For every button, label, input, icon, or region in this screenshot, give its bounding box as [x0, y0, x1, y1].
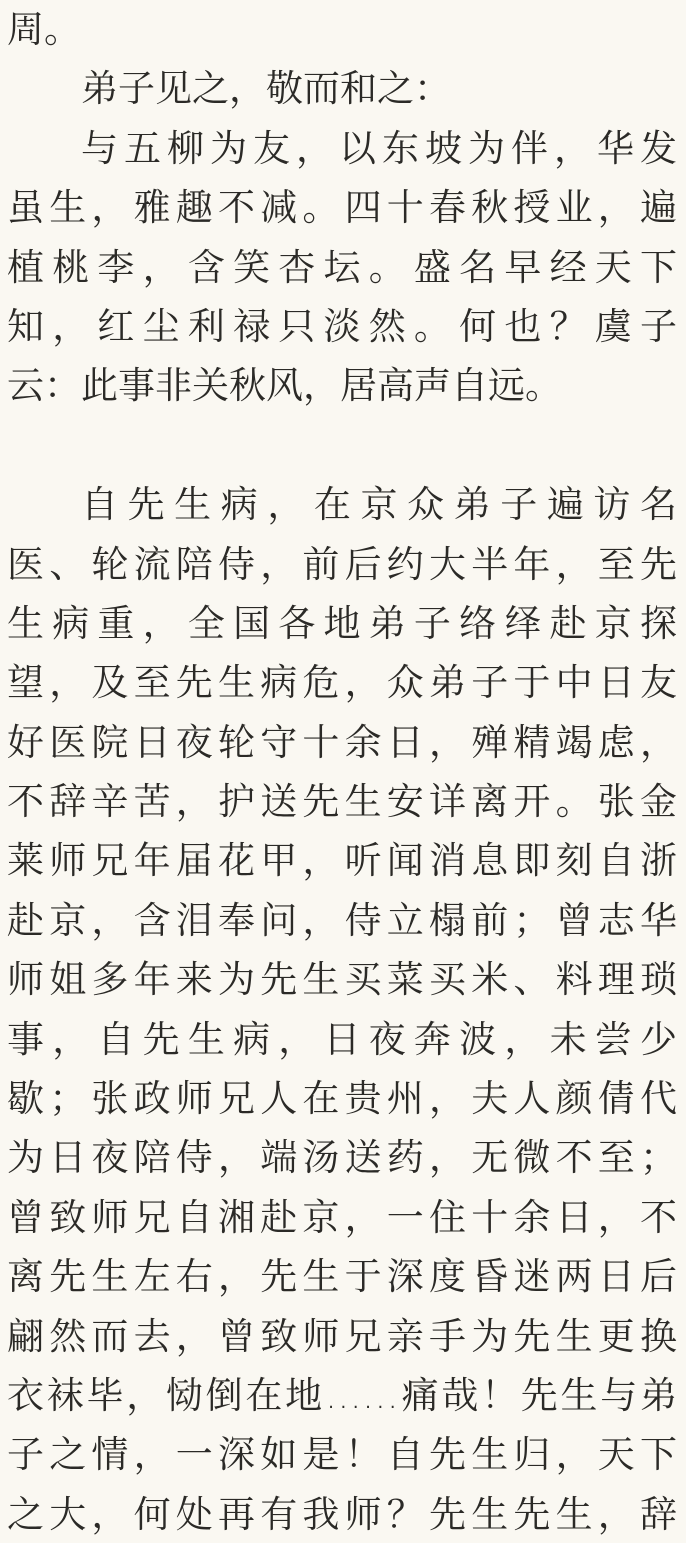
text-line: 离先生左右，先生于深度昏迷两日后 — [7, 1247, 677, 1306]
text-line: 望，及至先生病危，众弟子于中日友 — [7, 653, 677, 712]
text-line: 衣袜毕，恸倒在地……痛哉！先生与弟 — [7, 1366, 677, 1425]
text-line: 赴京，含泪奉问，侍立榻前；曾志华 — [7, 891, 677, 950]
text-line: 知，红尘利禄只淡然。何也？虞子 — [7, 297, 677, 356]
text-line: 好医院日夜轮守十余日，殚精竭虑， — [7, 713, 677, 772]
text-line: 植桃李，含笑杏坛。盛名早经天下 — [7, 238, 677, 297]
text-line: 生病重，全国各地弟子络绎赴京探 — [7, 594, 677, 653]
text-line: 云：此事非关秋风，居高声自远。 — [7, 356, 677, 415]
article-text: 周。弟子见之，敬而和之：与五柳为友，以东坡为伴，华发虽生，雅趣不减。四十春秋授业… — [7, 0, 677, 1543]
article-page: 周。弟子见之，敬而和之：与五柳为友，以东坡为伴，华发虽生，雅趣不减。四十春秋授业… — [0, 0, 686, 1543]
blank-line — [7, 416, 677, 475]
text-line: 子之情，一深如是！自先生归，天下 — [7, 1425, 677, 1484]
text-line: 之大，何处再有我师？先生先生，辞 — [7, 1485, 677, 1543]
text-line: 曾致师兄自湘赴京，一住十余日，不 — [7, 1188, 677, 1247]
text-line: 事，自先生病，日夜奔波，未尝少 — [7, 1010, 677, 1069]
document-body: { "page": { "background_color": "#faf8f2… — [0, 0, 686, 1543]
text-line: 翩然而去，曾致师兄亲手为先生更换 — [7, 1307, 677, 1366]
text-line: 医、轮流陪侍，前后约大半年，至先 — [7, 535, 677, 594]
text-line: 莱师兄年届花甲，听闻消息即刻自浙 — [7, 831, 677, 890]
text-line: 不辞辛苦，护送先生安详离开。张金 — [7, 772, 677, 831]
text-line: 虽生，雅趣不减。四十春秋授业，遍 — [7, 178, 677, 237]
text-line: 弟子见之，敬而和之： — [7, 59, 677, 118]
text-line: 自先生病，在京众弟子遍访名 — [7, 475, 677, 534]
text-line: 与五柳为友，以东坡为伴，华发 — [7, 119, 677, 178]
text-line: 为日夜陪侍，端汤送药，无微不至； — [7, 1128, 677, 1187]
text-line: 歇；张政师兄人在贵州，夫人颜倩代 — [7, 1069, 677, 1128]
text-line: 师姐多年来为先生买菜买米、料理琐 — [7, 950, 677, 1009]
text-line: 周。 — [7, 0, 677, 59]
